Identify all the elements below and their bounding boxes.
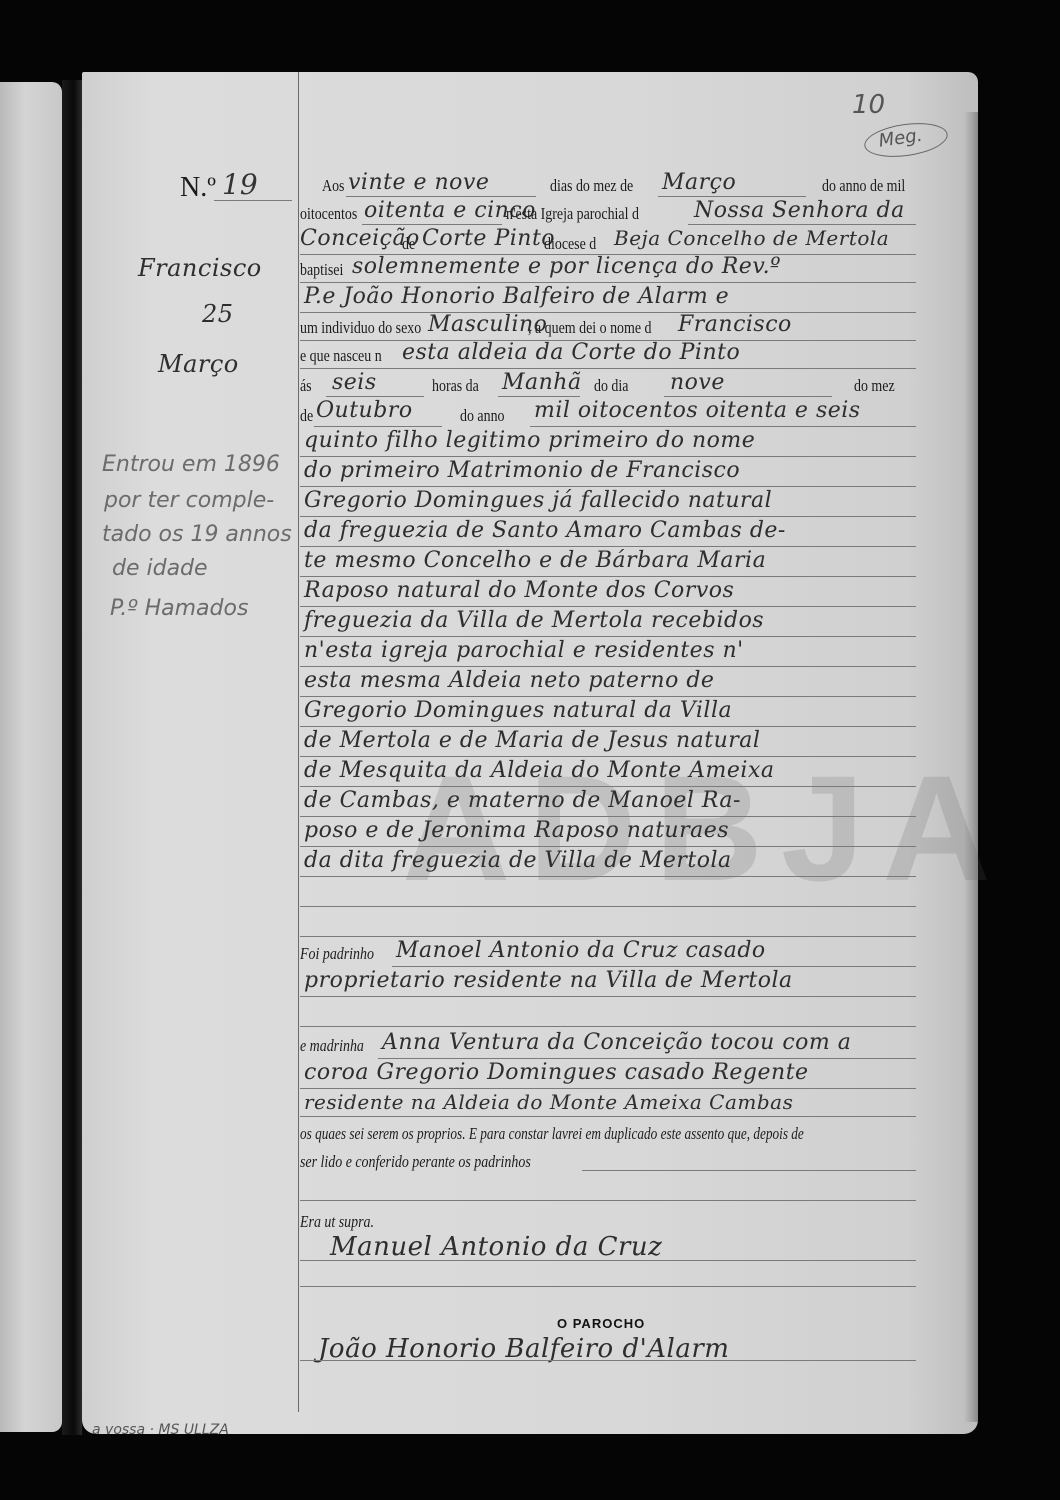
hand-hour: seis bbox=[332, 370, 377, 395]
rule bbox=[300, 846, 916, 847]
rule bbox=[300, 1026, 916, 1027]
rule bbox=[300, 876, 916, 877]
printed-e-madrinha: e madrinha bbox=[300, 1036, 364, 1056]
rule bbox=[300, 486, 916, 487]
rule bbox=[300, 666, 916, 667]
hand-godmother-line3: residente na Aldeia do Monte Ameixa Camb… bbox=[304, 1090, 793, 1114]
margin-divider bbox=[298, 72, 299, 1412]
printed-de-2: de bbox=[300, 406, 313, 426]
hand-birthplace: esta aldeia da Corte do Pinto bbox=[402, 340, 740, 365]
rule bbox=[658, 196, 806, 197]
hand-church: Nossa Senhora da bbox=[694, 198, 905, 223]
body-line: poso e de Jeronima Raposo naturaes bbox=[304, 818, 729, 843]
body-line: quinto filho legitimo primeiro do nome bbox=[304, 428, 755, 453]
book-gutter bbox=[62, 80, 82, 1435]
rule bbox=[300, 906, 916, 907]
rule bbox=[362, 224, 502, 225]
body-line: Gregorio Domingues natural da Villa bbox=[304, 698, 732, 723]
margin-annotation-line: tado os 19 annos bbox=[102, 522, 292, 547]
rule bbox=[498, 396, 580, 397]
body-line: de Cambas, e materno de Manoel Ra- bbox=[304, 788, 741, 813]
rule bbox=[300, 696, 916, 697]
rule bbox=[300, 1286, 916, 1287]
rule bbox=[300, 368, 916, 369]
rule bbox=[300, 1360, 916, 1361]
hand-godmother-line1: Anna Ventura da Conceição tocou com a bbox=[382, 1030, 851, 1055]
hand-period: Manhã bbox=[502, 370, 582, 395]
body-line: da dita freguezia de Villa de Mertola bbox=[304, 848, 732, 873]
margin-annotation-line: de idade bbox=[112, 556, 208, 581]
body-line: de Mertola e de Maria de Jesus natural bbox=[304, 728, 760, 753]
hand-priest: P.e João Honorio Balfeiro de Alarm e bbox=[304, 284, 729, 309]
rule bbox=[300, 726, 916, 727]
printed-horas-da: horas da bbox=[432, 376, 479, 396]
rule bbox=[300, 996, 916, 997]
rule bbox=[346, 196, 536, 197]
hand-month: Março bbox=[662, 170, 736, 195]
rule bbox=[300, 516, 916, 517]
hand-day: vinte e nove bbox=[348, 170, 489, 195]
rule bbox=[300, 1200, 916, 1201]
rule bbox=[300, 606, 916, 607]
signature-padrinho: Manuel Antonio da Cruz bbox=[330, 1232, 662, 1262]
hand-baptism: solemnemente e por licença do Rev.º bbox=[352, 254, 781, 279]
hand-godmother-line2: coroa Gregorio Domingues casado Regente bbox=[304, 1060, 809, 1085]
margin-annotation-line: P.º Hamados bbox=[110, 596, 248, 621]
rule bbox=[300, 312, 916, 313]
bottom-edge-note: a vossa · MS ULLZA bbox=[92, 1422, 229, 1438]
rule bbox=[300, 546, 916, 547]
rule bbox=[300, 1116, 916, 1117]
folio-number: 10 bbox=[852, 90, 885, 120]
body-line: te mesmo Concelho e de Bárbara Maria bbox=[304, 548, 766, 573]
hand-diocese: Beja Concelho de Mertola bbox=[614, 226, 889, 250]
printed-do-mez: do mez bbox=[854, 376, 895, 396]
printed-do-dia: do dia bbox=[594, 376, 628, 396]
rule bbox=[300, 816, 916, 817]
body-line: freguezia da Villa de Mertola recebidos bbox=[304, 608, 764, 633]
rule bbox=[664, 396, 832, 397]
printed-era-ut-supra: Era ut supra. bbox=[300, 1212, 374, 1232]
margin-name: Francisco bbox=[138, 254, 262, 282]
rule bbox=[300, 786, 916, 787]
hand-name: Francisco bbox=[678, 312, 792, 337]
printed-baptisei: baptisei bbox=[300, 260, 343, 280]
rule bbox=[300, 636, 916, 637]
hand-birth-day: nove bbox=[670, 370, 725, 395]
printed-aos: Aos bbox=[322, 176, 344, 196]
rule bbox=[582, 1170, 916, 1171]
rule bbox=[300, 576, 916, 577]
body-line: da freguezia de Santo Amaro Cambas de- bbox=[304, 518, 786, 543]
rule bbox=[300, 936, 916, 937]
facing-page-edge bbox=[0, 82, 62, 1432]
body-line: do primeiro Matrimonio de Francisco bbox=[304, 458, 740, 483]
printed-oitocentos: oitocentos bbox=[300, 204, 357, 224]
hand-godfather-line1: Manoel Antonio da Cruz casado bbox=[396, 938, 766, 963]
rule bbox=[300, 756, 916, 757]
margin-month: Março bbox=[158, 350, 239, 378]
printed-closing-line1: os quaes sei serem os proprios. E para c… bbox=[300, 1124, 804, 1144]
entry-number: 19 bbox=[222, 168, 258, 201]
printed-nesta-igreja: n'esta Igreja parochial d bbox=[506, 204, 639, 224]
printed-do-anno: do anno bbox=[460, 406, 505, 426]
margin-annotation-line: por ter comple- bbox=[104, 488, 274, 513]
printed-closing-line2: ser lido e conferido perante os padrinho… bbox=[300, 1152, 531, 1172]
hand-birth-year: mil oitocentos oitenta e seis bbox=[534, 398, 861, 423]
folio-stamp: Meg. bbox=[862, 118, 950, 161]
rule bbox=[326, 396, 424, 397]
hand-place: Corte Pinto bbox=[422, 226, 555, 251]
printed-a-quem-dei: , a quem dei o nome d bbox=[528, 318, 651, 338]
body-line: esta mesma Aldeia neto paterno de bbox=[304, 668, 714, 693]
printed-individuo: um individuo do sexo bbox=[300, 318, 421, 338]
rule bbox=[688, 224, 916, 225]
body-line: de Mesquita da Aldeia do Monte Ameixa bbox=[304, 758, 774, 783]
rule bbox=[530, 426, 916, 427]
body-line: Gregorio Domingues já fallecido natural bbox=[304, 488, 772, 513]
printed-dias-do-mez: dias do mez de bbox=[550, 176, 633, 196]
printed-diocese: diocese d bbox=[544, 234, 596, 254]
printed-que-nasceu: e que nasceu n bbox=[300, 346, 382, 366]
hand-godfather-line2: proprietario residente na Villa de Merto… bbox=[304, 968, 793, 993]
rule bbox=[300, 1088, 916, 1089]
printed-de: de bbox=[402, 234, 415, 254]
folio-stamp-text: Meg. bbox=[877, 125, 923, 152]
body-line: Raposo natural do Monte dos Corvos bbox=[304, 578, 734, 603]
margin-day: 25 bbox=[202, 300, 234, 328]
hand-birth-month: Outubro bbox=[316, 398, 413, 423]
entry-number-label: N.º bbox=[180, 172, 216, 204]
rule bbox=[300, 282, 916, 283]
printed-foi-padrinho: Foi padrinho bbox=[300, 944, 374, 964]
printed-as: ás bbox=[300, 376, 312, 396]
margin-annotation-line: Entrou em 1896 bbox=[102, 452, 280, 477]
body-line: n'esta igreja parochial e residentes n' bbox=[304, 638, 744, 663]
rule bbox=[214, 200, 292, 201]
rule bbox=[300, 456, 916, 457]
rule bbox=[300, 1260, 916, 1261]
printed-do-anno-de-mil: do anno de mil bbox=[822, 176, 905, 196]
rule bbox=[314, 426, 442, 427]
register-page: ADBJA 10 Meg. N.º 19 Francisco 25 Março … bbox=[82, 72, 978, 1434]
parocho-heading: O PAROCHO bbox=[557, 1316, 645, 1331]
rule bbox=[392, 966, 916, 967]
rule bbox=[378, 1058, 916, 1059]
